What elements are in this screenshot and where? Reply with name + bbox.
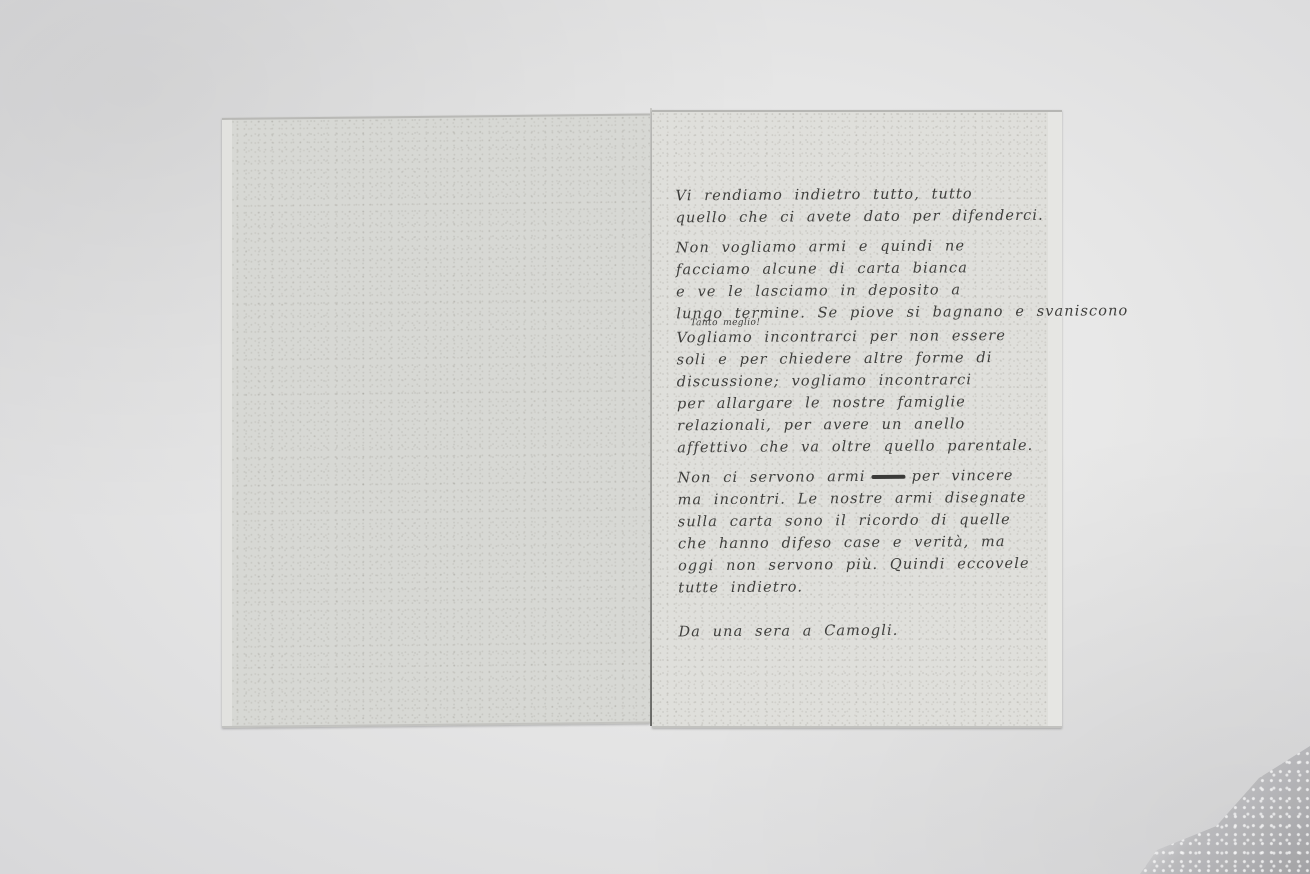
left-page-blank [222, 114, 650, 728]
scribbled-out-word [872, 475, 906, 479]
hw-line-7: Vogliamo incontrarci per non essere [676, 325, 1056, 350]
handwritten-text: Vi rendiamo indietro tutto, tutto quello… [675, 183, 1058, 644]
hw-line-8: soli e per chiedere altre forme di [677, 347, 1057, 372]
hw-line-1: Vi rendiamo indietro tutto, tutto [675, 183, 1055, 208]
bubble-wrap-corner [1140, 714, 1310, 874]
open-booklet: Vi rendiamo indietro tutto, tutto quello… [222, 104, 1062, 726]
hw-signature: Da una sera a Camogli. [678, 619, 1058, 644]
hw-line-12: affettivo che va oltre quello parentale. [677, 435, 1057, 460]
hw-line-17: oggi non servono più. Quindi eccovele [678, 553, 1058, 578]
hw-line-14: ma incontri. Le nostre armi disegnate [678, 487, 1058, 512]
hw-line-13b: per vincere [912, 468, 1014, 485]
hw-line-15: sulla carta sono il ricordo di quelle [678, 509, 1058, 534]
hw-line-2: quello che ci avete dato per difenderci. [676, 205, 1056, 230]
hw-line-13a: Non ci servono armi [677, 469, 865, 486]
hw-line-3: Non vogliamo armi e quindi ne [676, 235, 1056, 260]
hw-line-11: relazionali, per avere un anello [677, 413, 1057, 438]
hw-line-4: facciamo alcune di carta bianca [676, 257, 1056, 282]
hw-line-9: discussione; vogliamo incontrarci [677, 369, 1057, 394]
hw-line-5: e ve le lasciamo in deposito a [676, 279, 1056, 304]
hw-line-16: che hanno difeso case e verità, ma [678, 531, 1058, 556]
hw-line-18: tutte indietro. [678, 575, 1058, 600]
hw-line-13: Non ci servono armiper vincere [677, 465, 1057, 490]
hw-line-10: per allargare le nostre famiglie [677, 391, 1057, 416]
